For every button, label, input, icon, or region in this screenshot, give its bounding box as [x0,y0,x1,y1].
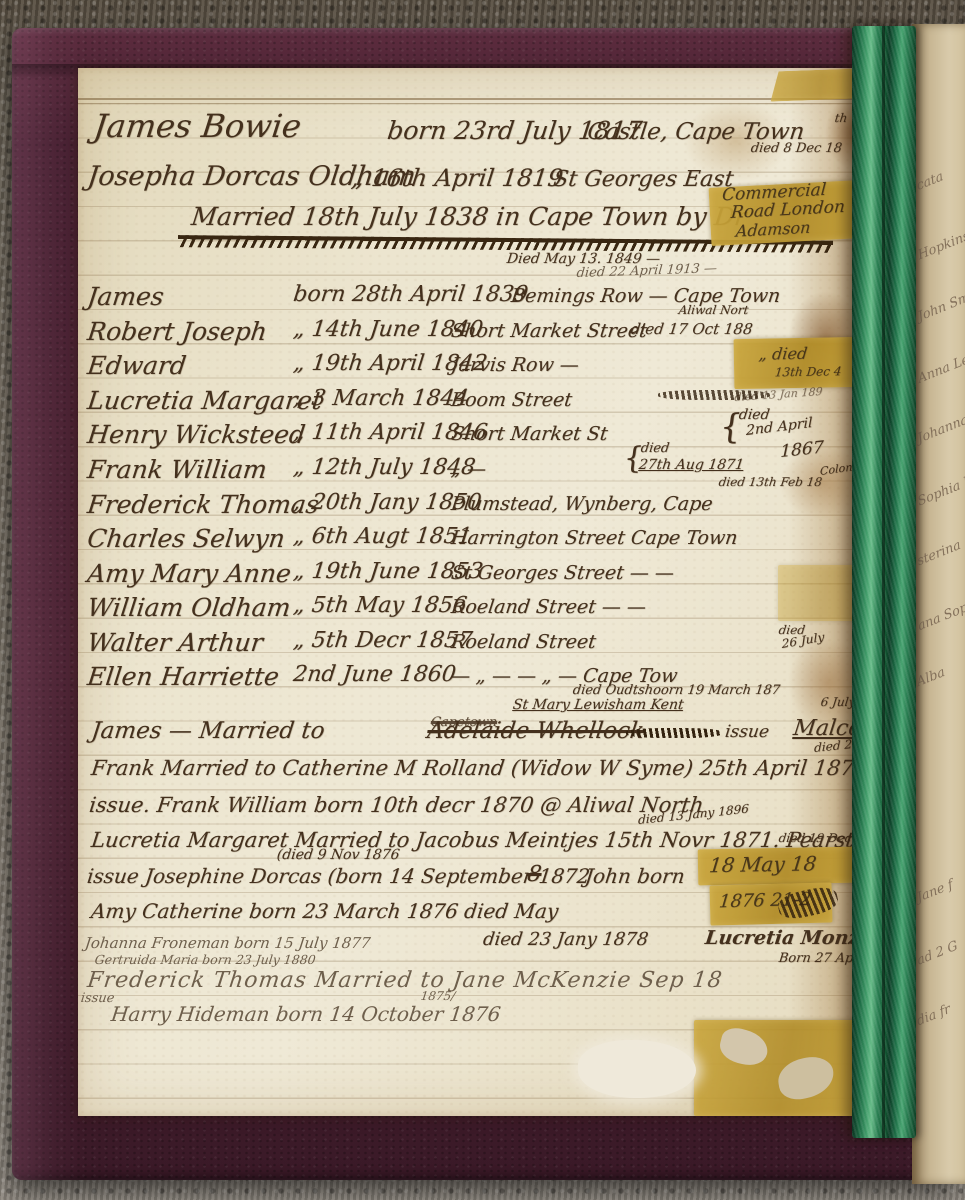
mother-born: „ 16th April 1819 [350,166,565,190]
child-row-henry: Henry Wicksteed „ 11th April 1846 Short … [78,422,860,456]
child-name: Henry Wicksteed [86,422,307,447]
facing-page-text: Johanna [916,412,965,447]
facing-page-text: Jane f [915,877,954,906]
child-name: Walter Arthur [86,630,264,655]
ink-smear [658,390,770,400]
john-born-text: John born [584,866,686,886]
amy-catherine-line: Amy Catherine born 23 March 1876 died Ma… [90,901,560,921]
facing-page-text: ad 2 G [915,938,959,969]
john-died-note: died 19 Dec [778,832,852,844]
marriage-line: Married 18th July 1838 in Cape Town by D… [190,204,748,229]
facing-page-text: dia fr [915,1002,952,1030]
child-birthdate: born 28th April 1839 [292,284,529,306]
child-name: William Oldham [86,595,292,620]
photo-of-family-register: James Bowie born 23rd July 1817 Castle, … [0,0,965,1200]
frederick-marriage-line: Frederick Thomas Married to Jane McKenzi… [86,970,724,992]
child-row-walter: Walter Arthur „ 5th Decr 1857 Roeland St… [78,630,860,664]
child-birthplace: Short Market St [450,425,609,444]
top-rule-line [78,98,860,100]
lewisham-note: St Mary Lewisham Kent [512,698,684,712]
child-row-charles: Charles Selwyn „ 6th Augt 1851 Harringto… [78,526,860,560]
facing-page-sliver: cata Hopkins T John Smit Anna Lett Johan… [912,24,965,1184]
child-birthplace: St Georges Street — — [450,564,675,583]
edward-died-tape-line2: 13th Dec 4 [774,365,842,378]
facing-page-text: Sophia h [916,473,965,509]
gertruida-line: Gertruida Maria born 23 July 1880 [94,954,316,967]
child-birthplace: Boom Street [450,391,573,410]
frank-marriage-line: Frank Married to Catherine M Rolland (Wi… [90,758,860,779]
johanna-died: died 23 Jany 1878 [482,931,649,949]
born-27-note: Born 27 Apr [778,952,860,965]
james-marriage-line: James — Married to [90,720,326,743]
child-name: Robert Joseph [86,319,268,344]
child-birthdate: „ 3 March 1844 [292,388,470,410]
ellen-died-note: died Oudtshoorn 19 March 187 [572,684,781,697]
lucretia-monzon-note: Lucretia Monzon born [704,929,860,948]
johanna-line: Johanna Froneman born 15 July 1877 [84,936,371,951]
tape-patch-faded [778,565,860,621]
tape-patch-john: 18 May 18 [698,847,860,886]
father-died-sup: th [834,112,848,124]
robert-died-note: died 17 Oct 188 [630,322,753,337]
james-issue-label: issue [724,724,770,741]
robert-died-above: Aliwal Nort [678,304,749,316]
james-corner-date: 6 July [820,696,856,708]
tape-adamson: Adamson [735,220,811,240]
facing-page-text: Alba [915,665,947,691]
child-birthplace: Short Market Street [450,322,648,341]
child-birthdate: „ 5th May 1856 [292,595,468,617]
child-name: Frank William [86,457,268,482]
child-row-frederick: Frederick Thomas „ 20th Jany 1850 Plumst… [78,492,860,526]
harry-line: Harry Hideman born 14 October 1876 [110,1004,502,1024]
frederick-died-note: died 13th Feb 18 [718,476,823,488]
tape-patch-bottom-damage [694,1020,860,1116]
white-paper-patch [578,1040,696,1098]
facing-page-text: ana Soph [916,597,965,635]
child-name: Charles Selwyn [86,526,286,551]
child-birthplace: Harrington Street Cape Town [450,529,739,548]
facing-page-text: Hopkins T [916,224,965,264]
harry-sup-note: 1875/ [420,990,456,1002]
tape-patch-address: Commercial Road London Adamson [709,180,860,246]
child-name: Frederick Thomas [86,492,320,517]
frank-died-2: 27th Aug 1871 [638,458,745,472]
child-birthplace: Roeland Street [450,633,597,652]
child-row-amy: Amy Mary Anne „ 19th June 1853 St George… [78,561,860,595]
child-birthdate: „ 6th Augt 1851 [292,526,473,548]
edward-died-tape-line1: „ died [758,346,808,363]
child-row-william: William Oldham „ 5th May 1856 Roeland St… [78,595,860,629]
issue-label-small: issue [80,992,115,1005]
child-birthdate: 2nd June 1860 [292,664,457,686]
child-name: Lucretia Margaret [86,388,324,413]
child-name: Edward [86,353,188,378]
child-birthdate: „ 12th July 1848 [292,457,477,479]
mother-birthplace: St Georges East [552,169,735,191]
frank-issue-line: issue. Frank William born 10th decr 1870… [88,795,705,816]
tape-patch-edward-died: „ died 13th Dec 4 [734,337,860,389]
james-wife-struck: Adelaide Whellock [426,720,645,743]
facing-page-text: cata [915,169,945,194]
child-birthplace: „ — [450,460,487,479]
scribbled-out-words [626,728,722,738]
father-died-note: died 8 Dec 18 [750,142,843,155]
register-page: James Bowie born 23rd July 1817 Castle, … [78,68,860,1116]
facing-page-text: Anna Lett [916,348,965,387]
josephine-struck-digit: 8 [526,864,543,886]
john-tape-text: 18 May 18 [708,853,817,875]
child-name: Amy Mary Anne [86,561,292,586]
tape-patch-top-corner [770,68,860,101]
child-name: James [86,284,165,309]
james-died-note-2: died 22 April 1913 — [576,262,718,280]
child-birthplace: Plumstead, Wynberg, Cape [450,495,714,514]
child-birthplace: Roeland Street — — [450,598,647,617]
facing-page-text: sterina [916,538,963,570]
josephine-issue-line: issue Josephine Dorcas (born 14 Septembe… [86,866,591,886]
frank-died-1: died [640,442,670,455]
josephine-died-note: (died 9 Nov 1876 [276,848,400,862]
top-rule-line-2 [78,103,860,104]
green-book-spine [852,26,916,1138]
father-name: James Bowie [92,110,303,142]
child-name: Ellen Harriette [86,664,280,689]
child-birthplace: Jarvis Row — [450,356,580,375]
facing-page-text: John Smit [916,286,965,325]
child-birthdate: „ 5th Decr 1857 [292,630,474,652]
